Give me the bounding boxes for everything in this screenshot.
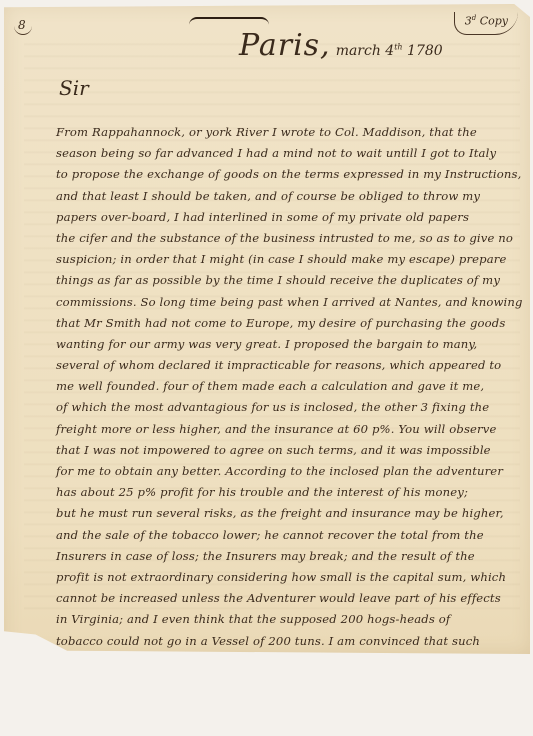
copy-number: 3	[465, 15, 472, 28]
dateline-city: Paris,	[239, 28, 331, 63]
body-line: of which the most advantagious for us is…	[56, 397, 526, 418]
letter-body: From Rappahannock, or york River I wrote…	[56, 122, 526, 665]
dateline-flourish	[189, 17, 269, 25]
body-line: commissions. So long time being past whe…	[56, 292, 526, 313]
body-line: suspicion; in order that I might (in cas…	[56, 249, 526, 270]
dateline-day-sup: th	[394, 42, 402, 51]
body-line: and the sale of the tobacco lower; he ca…	[56, 525, 526, 546]
body-line: a thing cannot be undertaken but by Peop…	[56, 652, 526, 665]
body-line: cannot be increased unless the Adventure…	[56, 588, 526, 609]
dateline-year: 1780	[407, 43, 443, 59]
dateline-month-day: march 4	[336, 43, 395, 59]
body-line: Insurers in case of loss; the Insurers m…	[56, 546, 526, 567]
body-line: wanting for our army was very great. I p…	[56, 334, 526, 355]
dateline-date: march 4th 1780	[336, 43, 443, 59]
dateline: Paris, march 4th 1780	[184, 28, 443, 63]
body-line: but he must run several risks, as the fr…	[56, 503, 526, 524]
body-line: several of whom declared it impracticabl…	[56, 355, 526, 376]
body-line: papers over-board, I had interlined in s…	[56, 207, 526, 228]
page-number: 8	[14, 18, 32, 35]
body-line: for me to obtain any better. According t…	[56, 461, 526, 482]
body-line: freight more or less higher, and the ins…	[56, 419, 526, 440]
body-line: to propose the exchange of goods on the …	[56, 164, 526, 185]
body-line: profit is not extraordinary considering …	[56, 567, 526, 588]
copy-label: 3d Copy	[454, 12, 518, 35]
manuscript-page: 8 3d Copy Paris, march 4th 1780 Sir From…	[4, 4, 530, 654]
body-line: From Rappahannock, or york River I wrote…	[56, 122, 526, 143]
body-line: me well founded. four of them made each …	[56, 376, 526, 397]
body-line: the cifer and the substance of the busin…	[56, 228, 526, 249]
body-line: that Mr Smith had not come to Europe, my…	[56, 313, 526, 334]
copy-text: Copy	[480, 15, 508, 28]
body-line: has about 25 p% profit for his trouble a…	[56, 482, 526, 503]
body-line: in Virginia; and I even think that the s…	[56, 609, 526, 630]
body-line: and that least I should be taken, and of…	[56, 186, 526, 207]
salutation: Sir	[59, 76, 89, 100]
copy-number-sup: d	[472, 14, 476, 22]
body-line: that I was not impowered to agree on suc…	[56, 440, 526, 461]
body-line: things as far as possible by the time I …	[56, 270, 526, 291]
body-line: tobacco could not go in a Vessel of 200 …	[56, 631, 526, 652]
body-line: season being so far advanced I had a min…	[56, 143, 526, 164]
